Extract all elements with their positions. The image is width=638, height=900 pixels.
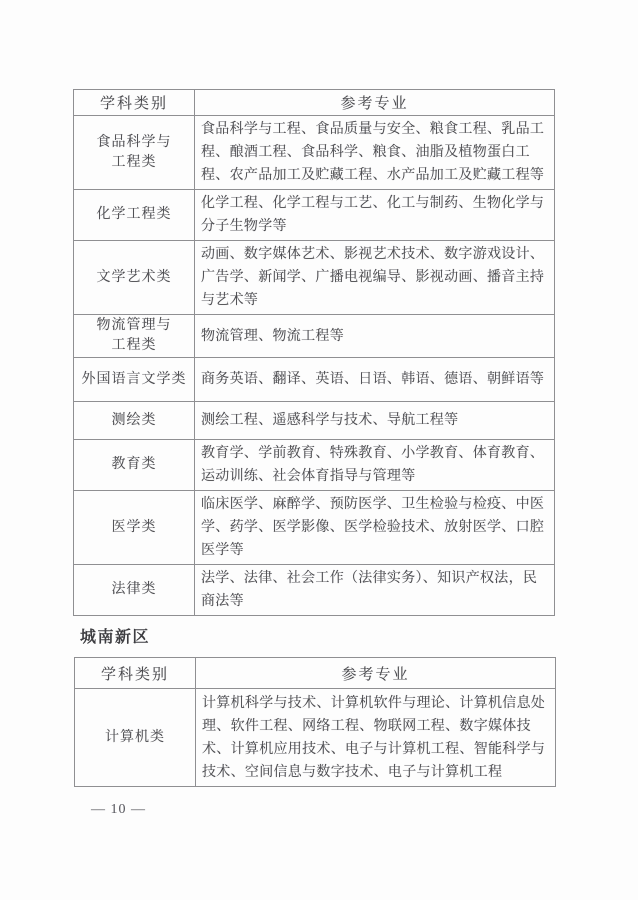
table-row: 计算机类 计算机科学与技术、计算机软件与理论、计算机信息处理、软件工程、网络工程… (75, 689, 556, 787)
majors-table-lower: 学科类别 参考专业 计算机类 计算机科学与技术、计算机软件与理论、计算机信息处理… (74, 657, 556, 787)
column-header-category: 学科类别 (75, 658, 196, 689)
section-heading: 城南新区 (80, 624, 150, 647)
majors-cell: 化学工程、化学工程与工艺、化工与制药、生物化学与分子生物学等 (195, 190, 555, 241)
category-cell: 外国语言文学类 (74, 358, 195, 402)
table-row: 化学工程类 化学工程、化学工程与工艺、化工与制药、生物化学与分子生物学等 (74, 190, 555, 241)
table-row: 外国语言文学类 商务英语、翻译、英语、日语、韩语、德语、朝鲜语等 (74, 358, 555, 402)
category-cell: 法律类 (74, 565, 195, 616)
scanned-document-page: { "page": { "section_heading": "城南新区", "… (0, 0, 638, 900)
category-cell: 食品科学与 工程类 (74, 116, 195, 190)
majors-table-upper: 学科类别 参考专业 食品科学与 工程类 食品科学与工程、食品质量与安全、粮食工程… (73, 89, 555, 616)
majors-cell: 计算机科学与技术、计算机软件与理论、计算机信息处理、软件工程、网络工程、物联网工… (196, 689, 556, 787)
majors-cell: 教育学、学前教育、特殊教育、小学教育、体育教育、运动训练、社会体育指导与管理等 (195, 440, 555, 491)
page-number: — 10 — (91, 802, 146, 818)
table-row: 医学类 临床医学、麻醉学、预防医学、卫生检验与检疫、中医学、药学、医学影像、医学… (74, 491, 555, 565)
category-cell: 物流管理与 工程类 (74, 315, 195, 358)
majors-cell: 测绘工程、遥感科学与技术、导航工程等 (195, 402, 555, 440)
majors-cell: 物流管理、物流工程等 (195, 315, 555, 358)
category-cell: 计算机类 (75, 689, 196, 787)
table-header-row: 学科类别 参考专业 (75, 658, 556, 689)
column-header-category: 学科类别 (74, 90, 195, 116)
category-cell: 化学工程类 (74, 190, 195, 241)
category-cell: 测绘类 (74, 402, 195, 440)
category-cell: 医学类 (74, 491, 195, 565)
column-header-majors: 参考专业 (195, 90, 555, 116)
majors-cell: 商务英语、翻译、英语、日语、韩语、德语、朝鲜语等 (195, 358, 555, 402)
majors-cell: 法学、法律、社会工作（法律实务）、知识产权法，民商法等 (195, 565, 555, 616)
column-header-majors: 参考专业 (196, 658, 556, 689)
table-header-row: 学科类别 参考专业 (74, 90, 555, 116)
table-row: 测绘类 测绘工程、遥感科学与技术、导航工程等 (74, 402, 555, 440)
majors-cell: 临床医学、麻醉学、预防医学、卫生检验与检疫、中医学、药学、医学影像、医学检验技术… (195, 491, 555, 565)
table-row: 物流管理与 工程类 物流管理、物流工程等 (74, 315, 555, 358)
category-cell: 教育类 (74, 440, 195, 491)
category-cell: 文学艺术类 (74, 241, 195, 315)
majors-cell: 动画、数字媒体艺术、影视艺术技术、数字游戏设计、广告学、新闻学、广播电视编导、影… (195, 241, 555, 315)
table-row: 法律类 法学、法律、社会工作（法律实务）、知识产权法，民商法等 (74, 565, 555, 616)
page-sheet: 学科类别 参考专业 食品科学与 工程类 食品科学与工程、食品质量与安全、粮食工程… (0, 0, 638, 900)
table-row: 文学艺术类 动画、数字媒体艺术、影视艺术技术、数字游戏设计、广告学、新闻学、广播… (74, 241, 555, 315)
majors-cell: 食品科学与工程、食品质量与安全、粮食工程、乳品工程、酿酒工程、食品科学、粮食、油… (195, 116, 555, 190)
table-row: 食品科学与 工程类 食品科学与工程、食品质量与安全、粮食工程、乳品工程、酿酒工程… (74, 116, 555, 190)
table-row: 教育类 教育学、学前教育、特殊教育、小学教育、体育教育、运动训练、社会体育指导与… (74, 440, 555, 491)
